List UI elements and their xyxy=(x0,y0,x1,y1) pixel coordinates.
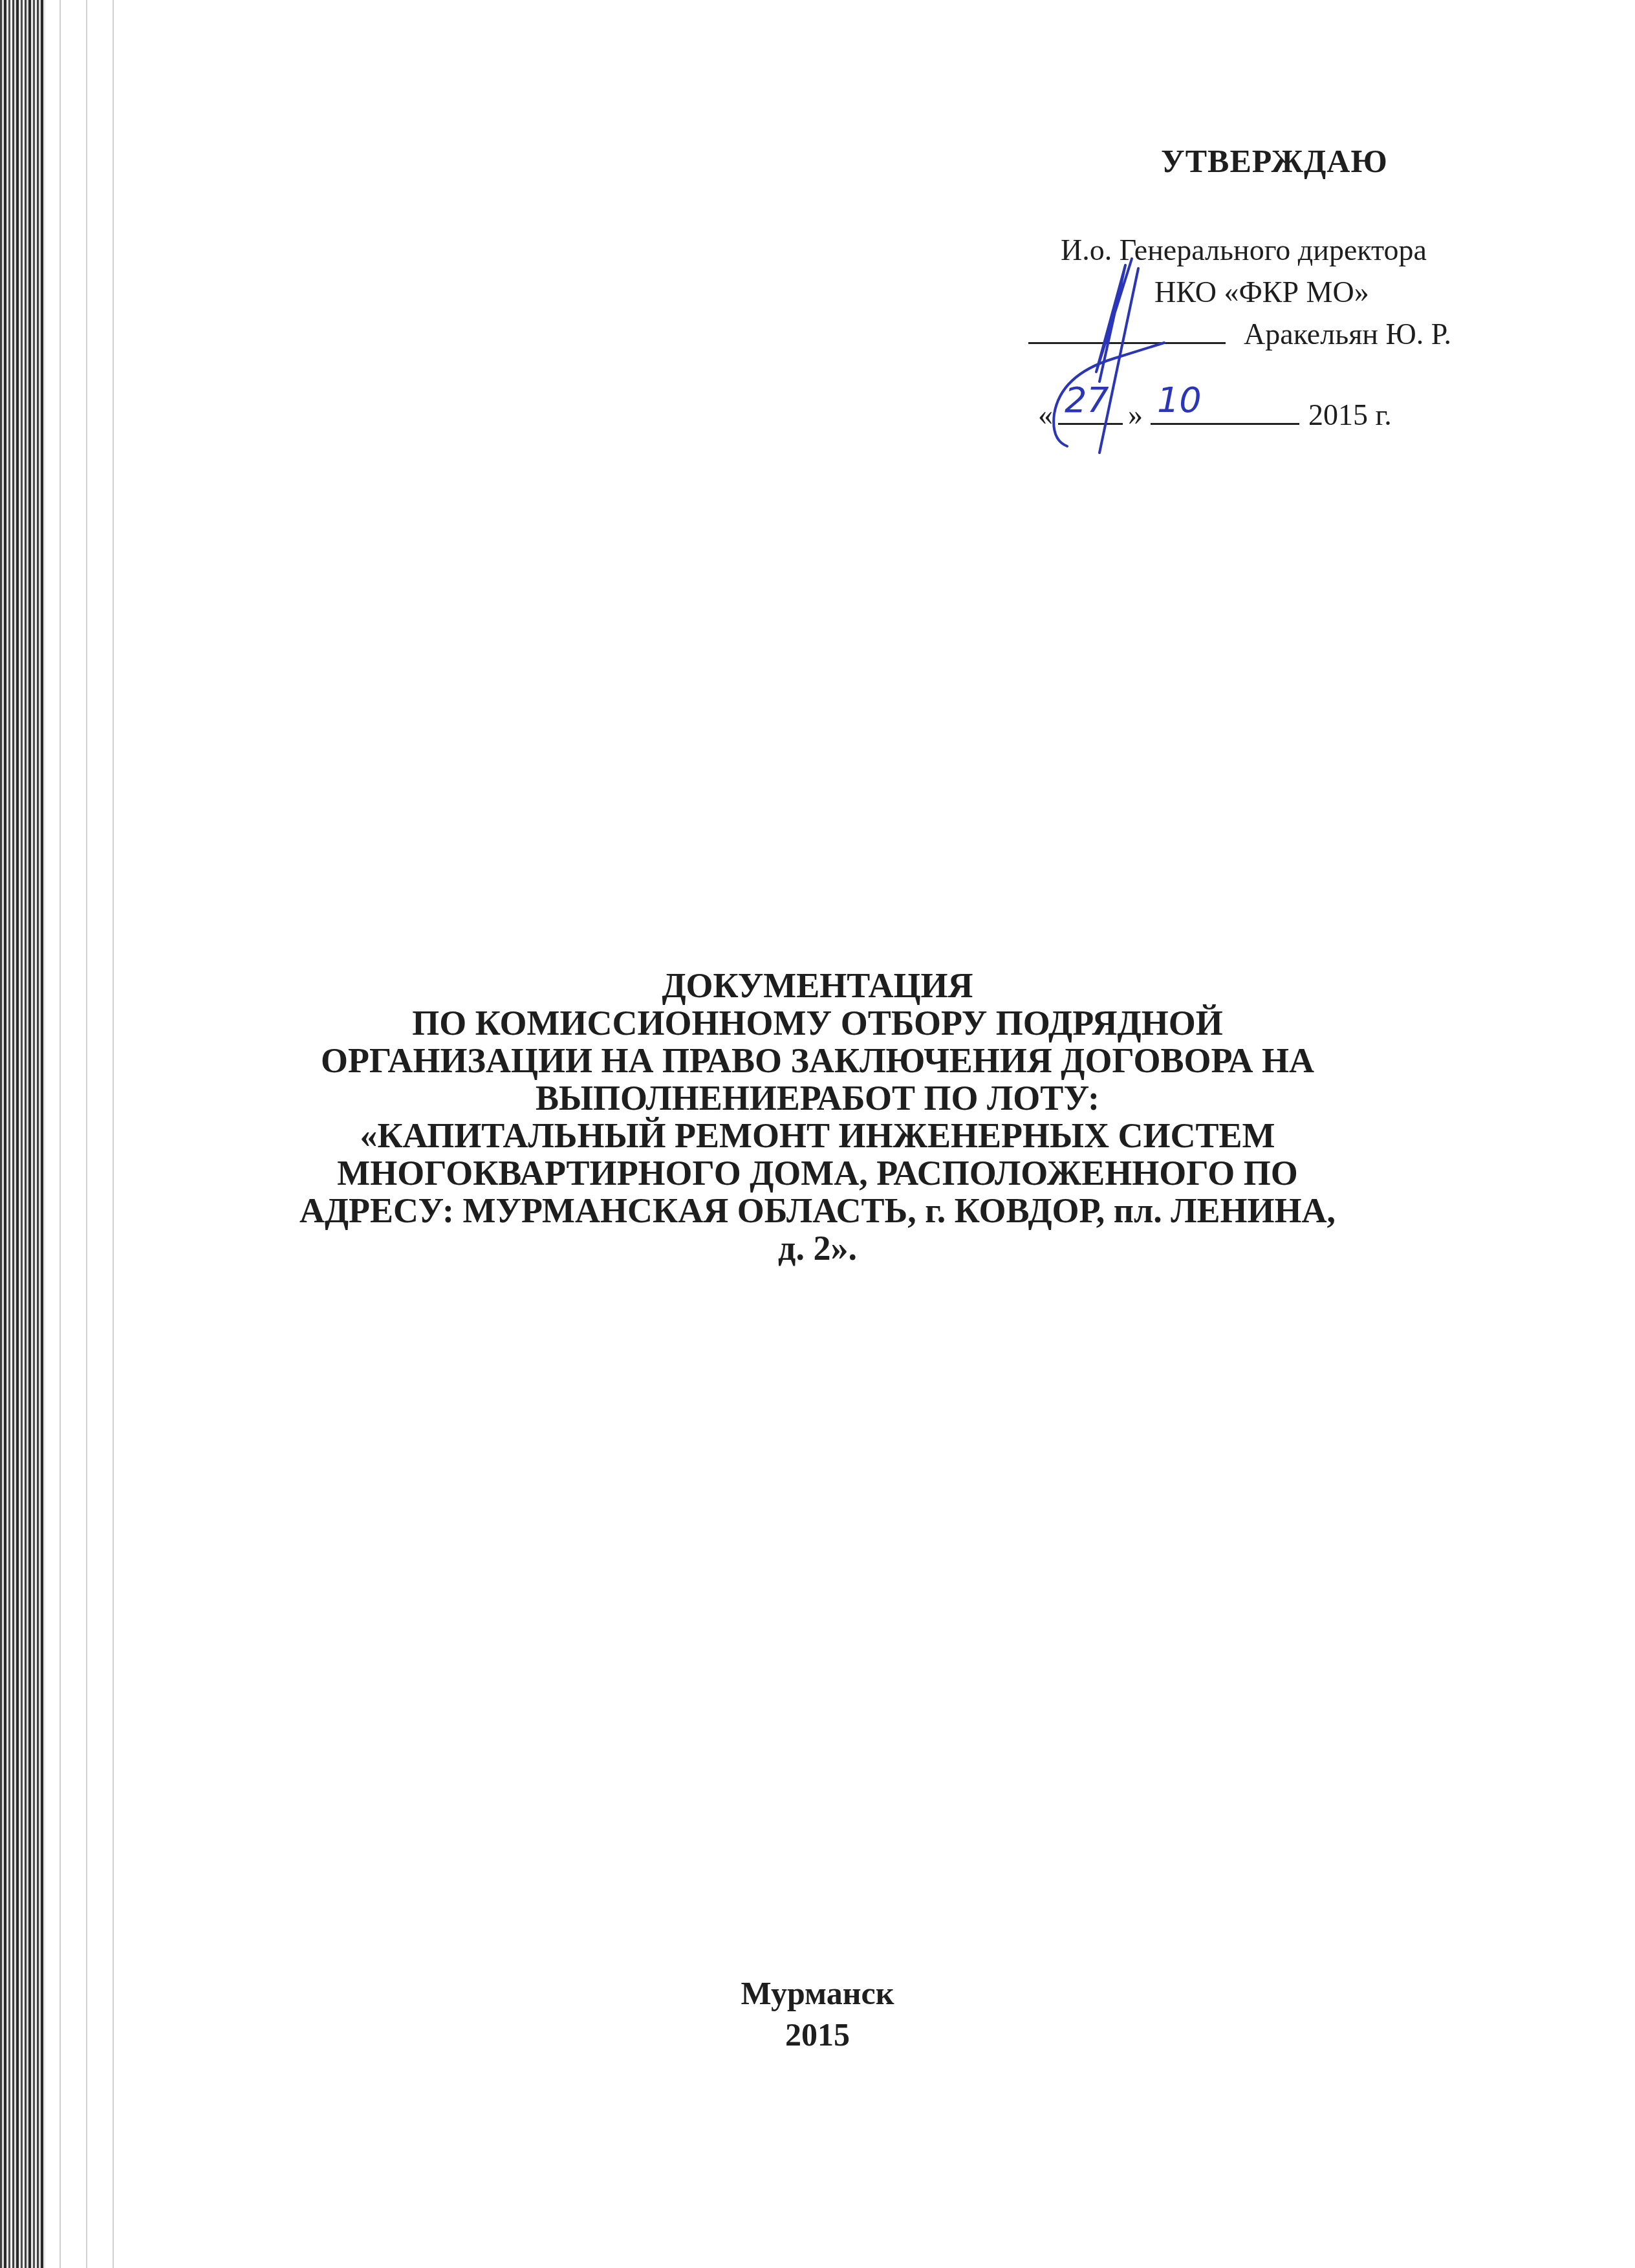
title-line: АДРЕСУ: МУРМАНСКАЯ ОБЛАСТЬ, г. КОВДОР, п… xyxy=(194,1192,1441,1229)
title-line: ДОКУМЕНТАЦИЯ xyxy=(194,967,1441,1004)
footer-city: Мурманск xyxy=(0,1972,1635,2014)
approval-heading: УТВЕРЖДАЮ xyxy=(1161,142,1388,180)
handwritten-signature-icon xyxy=(1035,252,1242,459)
footer: Мурманск 2015 xyxy=(0,1972,1635,2055)
title-line: МНОГОКВАРТИРНОГО ДОМА, РАСПОЛОЖЕННОГО ПО xyxy=(194,1154,1441,1192)
title-line: д. 2». xyxy=(194,1229,1441,1267)
scan-edge-artifact xyxy=(0,0,45,2268)
document-title: ДОКУМЕНТАЦИЯ ПО КОМИССИОННОМУ ОТБОРУ ПОД… xyxy=(194,967,1441,1267)
signatory-name: Аракельян Ю. Р. xyxy=(1244,318,1451,351)
title-line: ОРГАНИЗАЦИИ НА ПРАВО ЗАКЛЮЧЕНИЯ ДОГОВОРА… xyxy=(194,1042,1441,1079)
title-line: ПО КОМИССИОННОМУ ОТБОРУ ПОДРЯДНОЙ xyxy=(194,1004,1441,1042)
scan-streaks-artifact xyxy=(45,0,129,2268)
title-line: «КАПИТАЛЬНЫЙ РЕМОНТ ИНЖЕНЕРНЫХ СИСТЕМ xyxy=(194,1117,1441,1154)
date-year: 2015 г. xyxy=(1308,398,1392,431)
footer-year: 2015 xyxy=(0,2014,1635,2055)
title-line: ВЫПОЛНЕНИЕРАБОТ ПО ЛОТУ: xyxy=(194,1079,1441,1117)
